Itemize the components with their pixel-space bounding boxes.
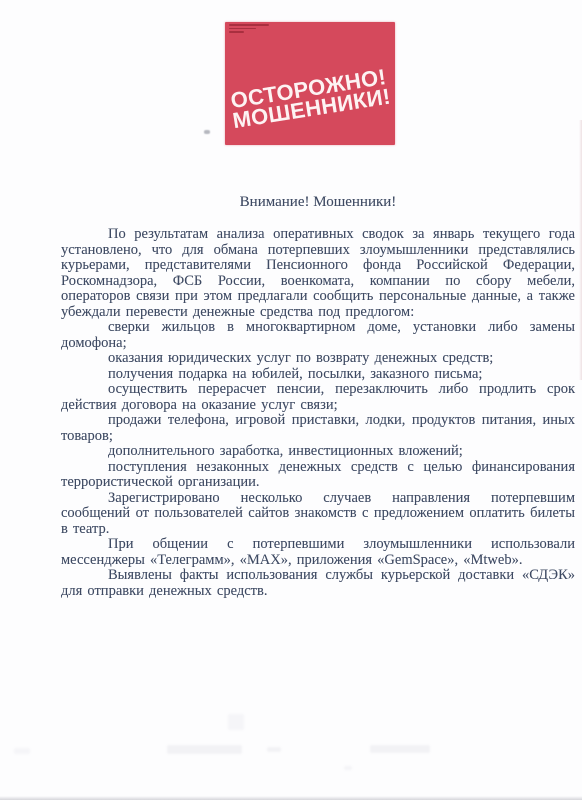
scan-edge-bottom [0, 796, 582, 800]
document-title: Внимание! Мошенники! [61, 195, 575, 210]
paragraph: Зарегистрировано несколько случаев напра… [61, 491, 575, 538]
document-body: Внимание! Мошенники! По результатам анал… [61, 195, 575, 599]
paragraph: сверки жильцов в многоквартирном доме, у… [61, 320, 575, 351]
warning-banner: ОСТОРОЖНО! МОШЕННИКИ! [225, 22, 395, 145]
paragraph: осуществить перерасчет пенсии, перезаклю… [61, 382, 575, 413]
bleedthrough-smudge [167, 745, 242, 754]
paragraph: дополнительного заработка, инвестиционны… [61, 444, 575, 460]
bleedthrough-smudge [267, 747, 281, 752]
bleedthrough-smudge [228, 714, 244, 730]
paragraph: продажи телефона, игровой приставки, лод… [61, 413, 575, 444]
paragraph: По результатам анализа оперативных сводо… [61, 227, 575, 320]
paragraph: получения подарка на юбилей, посылки, за… [61, 367, 575, 383]
bleedthrough-smudge [370, 745, 430, 753]
scan-smudge [204, 130, 210, 134]
bleedthrough-smudge [14, 748, 30, 754]
banner-warning-text: ОСТОРОЖНО! МОШЕННИКИ! [228, 66, 392, 130]
paragraph: При общении с потерпевшими злоумышленник… [61, 537, 575, 568]
paragraphs-container: По результатам анализа оперативных сводо… [61, 227, 575, 599]
paragraph: оказания юридических услуг по возврату д… [61, 351, 575, 367]
bleedthrough-smudge [344, 766, 352, 770]
paragraph: поступления незаконных денежных средств … [61, 460, 575, 491]
paragraph: Выявлены факты использования службы курь… [61, 568, 575, 599]
scanned-document-page: ОСТОРОЖНО! МОШЕННИКИ! Внимание! Мошенник… [0, 0, 582, 800]
banner-fine-print [229, 24, 269, 35]
